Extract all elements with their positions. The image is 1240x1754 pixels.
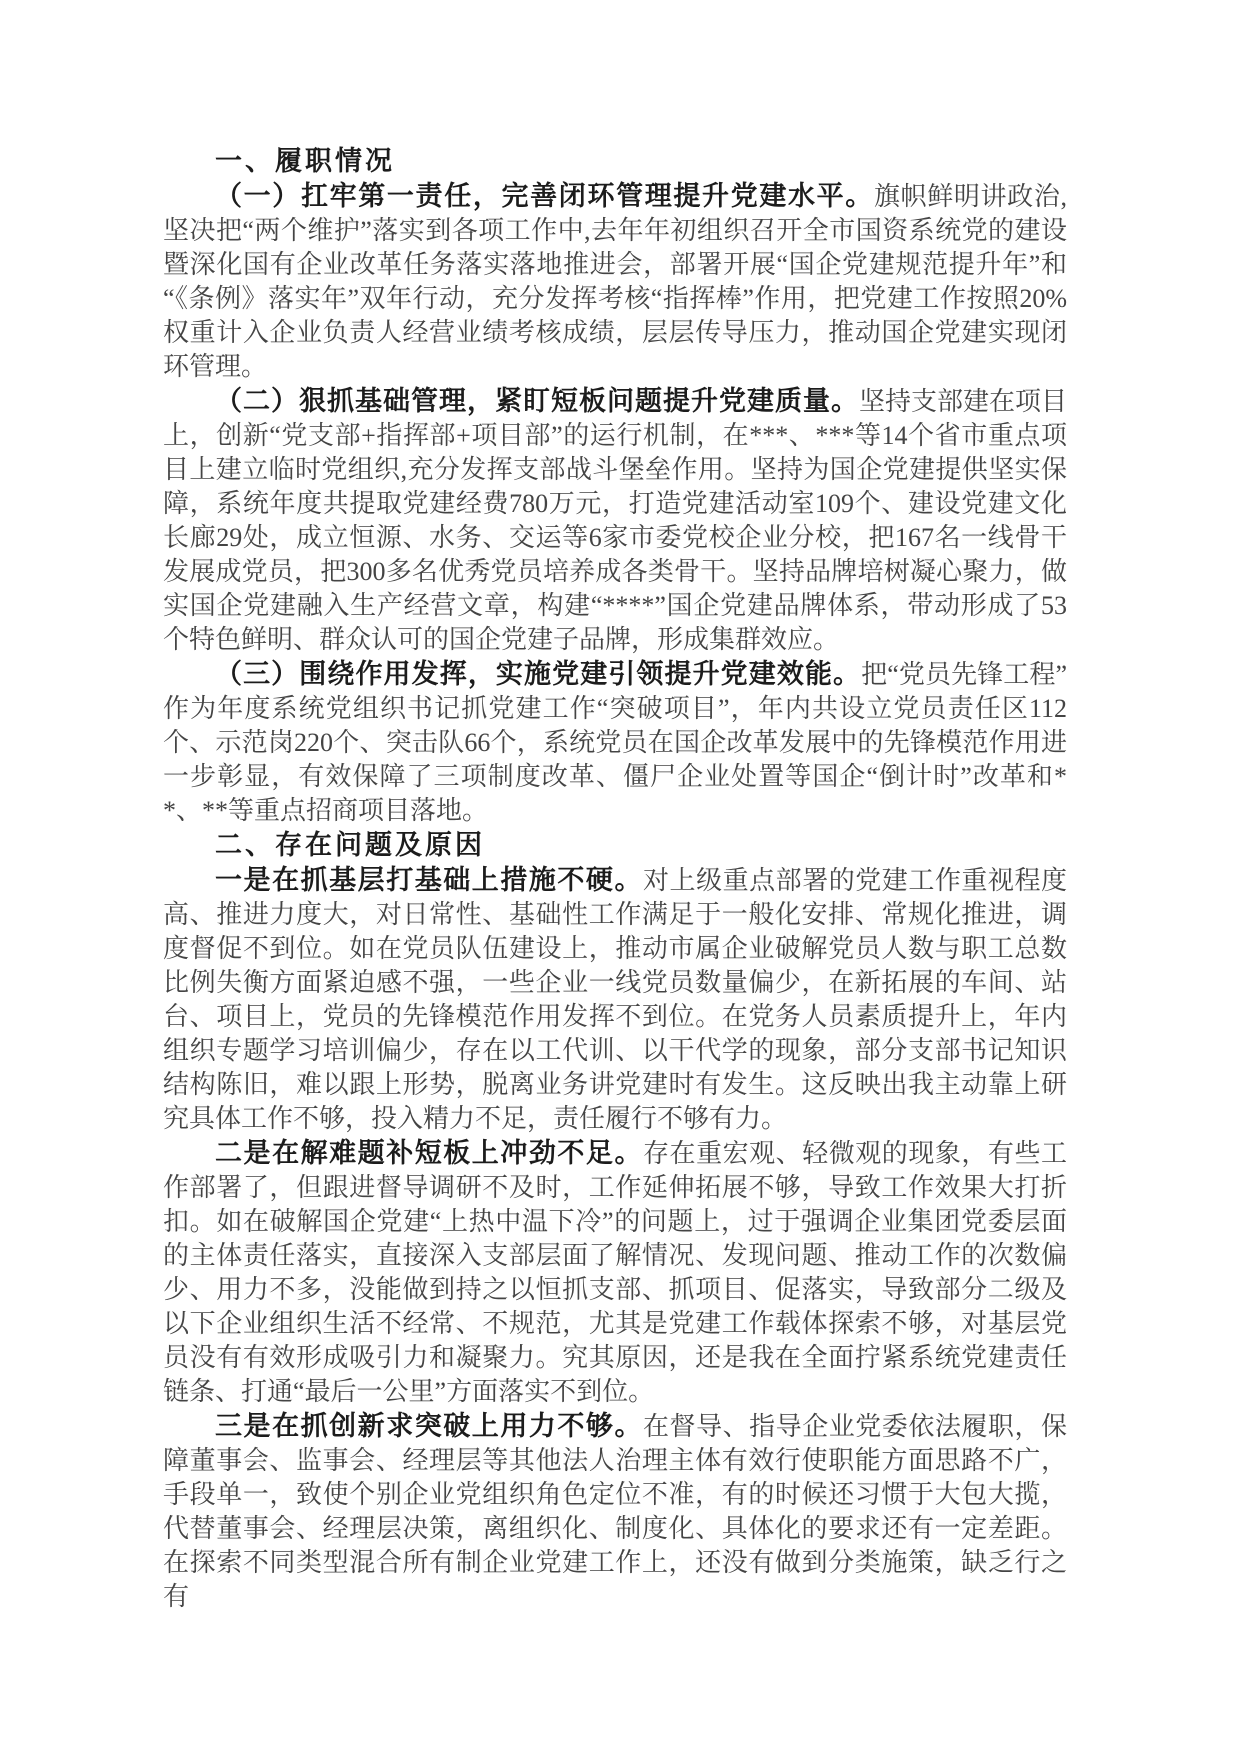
paragraph-text: 坚持支部建在项目上，创新“党支部+指挥部+项目部”的运行机制，在***、***等… [163,387,1067,654]
paragraph-text: 存在重宏观、轻微观的现象，有些工作部署了，但跟进督导调研不及时，工作延伸拓展不够… [163,1139,1067,1406]
paragraph-lead: （二）狠抓基础管理，紧盯短板问题提升党建质量。 [215,386,859,416]
paragraph-lead: （三）围绕作用发挥，实施党建引领提升党建效能。 [215,659,861,689]
paragraph-lead: 三是在抓创新求突破上用力不够。 [215,1411,643,1441]
paragraph: （一）扛牢第一责任，完善闭环管理提升党建水平。旗帜鲜明讲政治,坚决把“两个维护”… [163,179,1067,384]
paragraph: （三）围绕作用发挥，实施党建引领提升党建效能。把“党员先锋工程”作为年度系统党组… [163,657,1067,828]
section-heading: 一、履职情况 [163,144,1067,179]
paragraph-lead: 二、存在问题及原因 [215,830,485,860]
paragraph: 二是在解难题补短板上冲劲不足。存在重宏观、轻微观的现象，有些工作部署了，但跟进督… [163,1136,1067,1409]
paragraph-lead: （一）扛牢第一责任，完善闭环管理提升党建水平。 [215,181,874,211]
section-heading: 二、存在问题及原因 [163,828,1067,863]
paragraph-lead: 二是在解难题补短板上冲劲不足。 [215,1138,643,1168]
paragraph-text: 旗帜鲜明讲政治,坚决把“两个维护”落实到各项工作中,去年年初组织召开全市国资系统… [163,182,1067,381]
document-page: 一、履职情况（一）扛牢第一责任，完善闭环管理提升党建水平。旗帜鲜明讲政治,坚决把… [0,0,1240,1754]
paragraph: 一是在抓基层打基础上措施不硬。对上级重点部署的党建工作重视程度高、推进力度大，对… [163,863,1067,1136]
paragraph: （二）狠抓基础管理，紧盯短板问题提升党建质量。坚持支部建在项目上，创新“党支部+… [163,384,1067,657]
paragraph-text: 对上级重点部署的党建工作重视程度高、推进力度大，对日常性、基础性工作满足于一般化… [163,866,1067,1133]
paragraph-lead: 一是在抓基层打基础上措施不硬。 [215,865,643,895]
paragraph-lead: 一、履职情况 [215,146,395,176]
paragraph-text: 在督导、指导企业党委依法履职，保障董事会、监事会、经理层等其他法人治理主体有效行… [163,1412,1067,1611]
document-body: 一、履职情况（一）扛牢第一责任，完善闭环管理提升党建水平。旗帜鲜明讲政治,坚决把… [163,144,1067,1614]
paragraph: 三是在抓创新求突破上用力不够。在督导、指导企业党委依法履职，保障董事会、监事会、… [163,1409,1067,1614]
